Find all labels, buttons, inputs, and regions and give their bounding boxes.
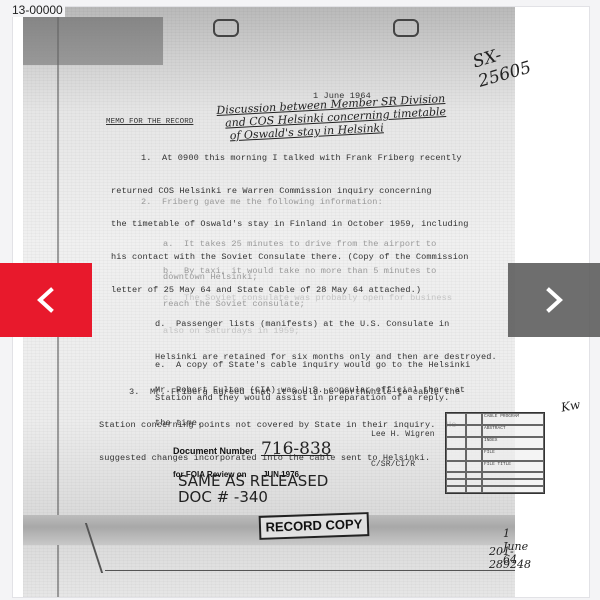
routing-cell	[446, 425, 466, 437]
routing-cell	[446, 486, 466, 493]
routing-cell: FILE TITLE	[482, 461, 544, 473]
routing-cell	[466, 425, 482, 437]
routing-cell	[466, 486, 482, 493]
record-copy-stamp: RECORD COPY	[259, 512, 370, 540]
routing-cell	[446, 461, 466, 473]
routing-box: CABLE PROGRAMABSTRACTINDEXFILEFILE TITLE	[445, 412, 545, 494]
routing-cell	[466, 437, 482, 449]
routing-cell	[482, 472, 544, 479]
scan-edge-line	[105, 570, 515, 571]
paragraph-2-intro: 2. Friberg gave me the following informa…	[141, 197, 383, 208]
previous-page-button[interactable]	[0, 263, 92, 337]
routing-cell: CABLE PROGRAM	[482, 413, 544, 425]
memo-heading: MEMO FOR THE RECORD	[106, 117, 193, 128]
routing-cell	[482, 486, 544, 493]
foia-stamp: Document Number 716-838	[173, 439, 332, 459]
chevron-left-icon	[31, 285, 61, 315]
routing-cell	[466, 449, 482, 461]
routing-cell	[446, 437, 466, 449]
routing-cell	[482, 479, 544, 486]
document-id: 13-00000	[12, 3, 65, 17]
routing-cell: ABSTRACT	[482, 425, 544, 437]
handwritten-released-note: SAME AS RELEASED DOC # -340	[178, 473, 328, 505]
chevron-right-icon	[539, 285, 569, 315]
routing-cell	[466, 479, 482, 486]
routing-cell	[466, 413, 482, 425]
routing-cell: INDEX	[482, 437, 544, 449]
routing-cell	[446, 472, 466, 479]
scan-shadow	[23, 17, 163, 65]
bottom-handwritten-file: 201-289248	[489, 545, 531, 571]
next-page-button[interactable]	[508, 263, 600, 337]
file-number-handwritten: SX-25605	[471, 38, 534, 91]
document-page: SX-25605 1 June 1964 Discussion between …	[12, 6, 590, 598]
routing-cell	[446, 413, 466, 425]
routing-cell	[446, 449, 466, 461]
routing-cell: FILE	[482, 449, 544, 461]
routing-cell	[466, 461, 482, 473]
punch-hole	[213, 19, 239, 37]
signature-block: Lee H. Wigren C/SR/CI/R	[371, 410, 435, 490]
routing-cell	[466, 472, 482, 479]
routing-cell	[446, 479, 466, 486]
scanned-memo: SX-25605 1 June 1964 Discussion between …	[23, 7, 515, 597]
margin-annotation: Kw	[560, 397, 581, 414]
punch-hole	[393, 19, 419, 37]
